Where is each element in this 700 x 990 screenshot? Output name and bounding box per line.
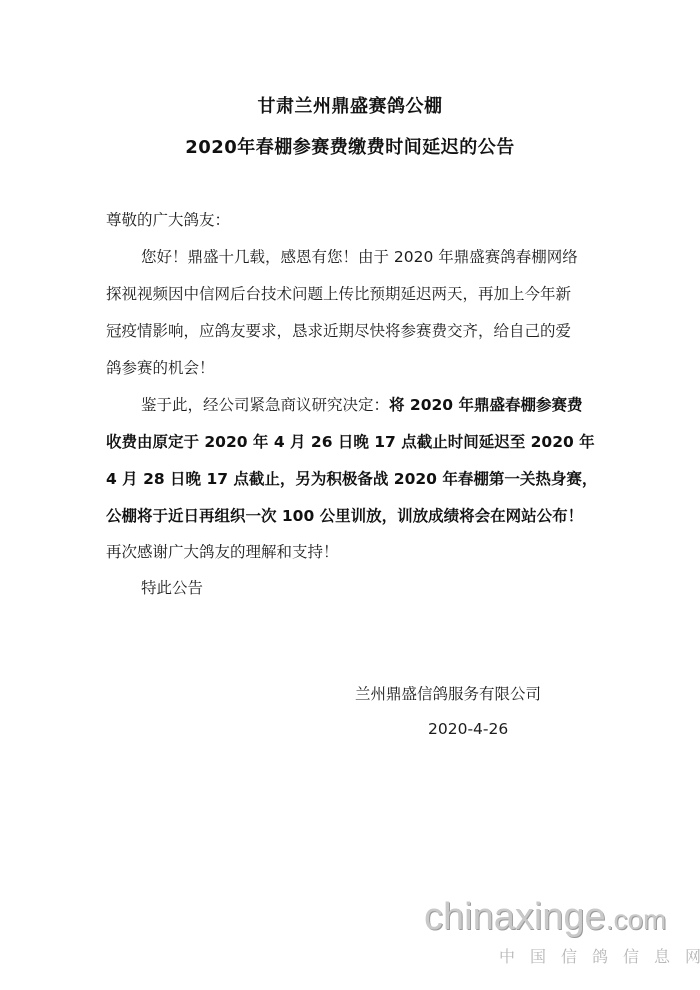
paragraph2-line2: 收费由原定于 2020 年 4 月 26 日晚 17 点截止时间延迟至 2020…	[106, 430, 595, 452]
thanks-line: 再次感谢广大鸽友的理解和支持！	[106, 540, 339, 562]
paragraph2-intro: 鉴于此，经公司紧急商议研究决定：	[141, 396, 389, 414]
paragraph2-line4: 公棚将于近日再组织一次 100 公里训放，训放成绩将会在网站公布！	[106, 504, 583, 526]
notice-title-organization: 甘肃兰州鼎盛赛鸽公棚	[0, 92, 700, 118]
signature-company: 兰州鼎盛信鸽服务有限公司	[355, 682, 541, 704]
signature-date: 2020-4-26	[428, 720, 508, 738]
paragraph1-line4: 鸽参赛的机会！	[106, 356, 215, 378]
paragraph1-line1: 您好！鼎盛十几载，感恩有您！由于 2020 年鼎盛赛鸽春棚网络	[141, 245, 578, 267]
watermark-logo: chinaxinge.com	[424, 896, 666, 939]
watermark-tld: .com	[606, 904, 667, 935]
paragraph2-decision-start: 将 2020 年鼎盛春棚参赛费	[389, 396, 582, 414]
salutation: 尊敬的广大鸽友：	[106, 208, 230, 230]
notice-title-subject: 2020年春棚参赛费缴费时间延迟的公告	[0, 133, 700, 159]
notice-end: 特此公告	[141, 576, 203, 598]
paragraph2-line1: 鉴于此，经公司紧急商议研究决定：将 2020 年鼎盛春棚参赛费	[141, 393, 582, 415]
watermark-site: chinaxinge	[424, 896, 606, 938]
paragraph1-line2: 探视视频因中信网后台技术问题上传比预期延迟两天，再加上今年新	[106, 282, 571, 304]
paragraph2-line3: 4 月 28 日晚 17 点截止，另为积极备战 2020 年春棚第一关热身赛，	[106, 467, 597, 489]
paragraph1-line3: 冠疫情影响，应鸽友要求，恳求近期尽快将参赛费交齐，给自己的爱	[106, 319, 571, 341]
watermark-name-cn: 中国信鸽信息网	[499, 944, 700, 967]
